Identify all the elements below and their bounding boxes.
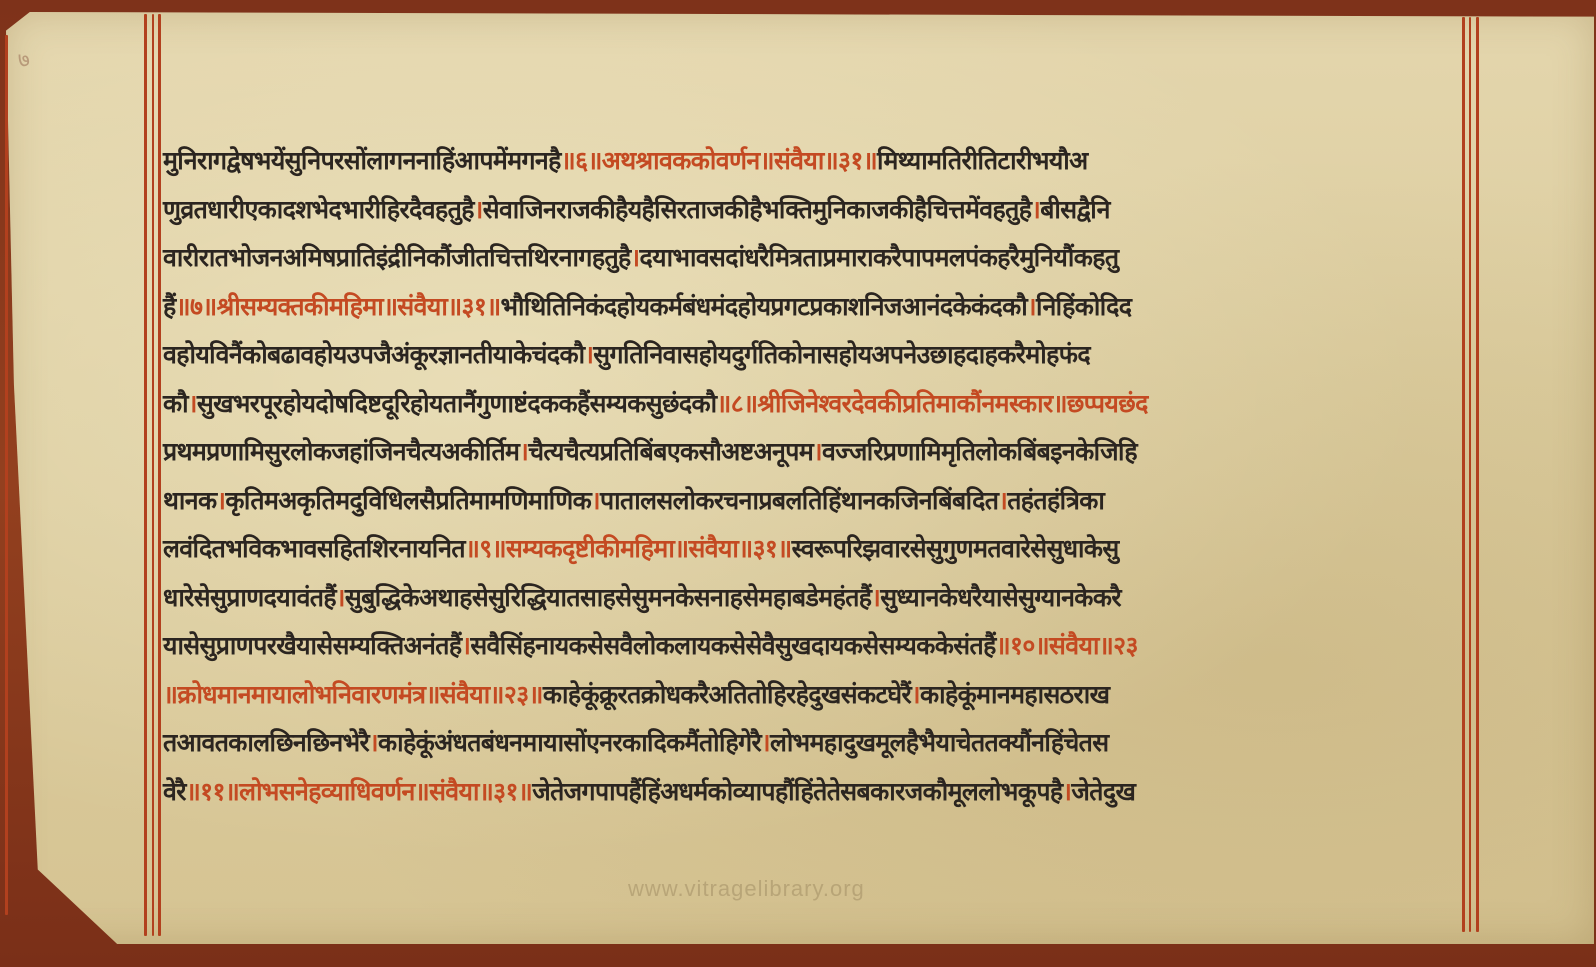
text-line: मुनिरागद्वेषभयेंसुनिपरसोंलागननाहिंआपमेंम…: [163, 137, 1463, 186]
body-text: मिथ्यामतिरीतिटारीभयौअ: [877, 146, 1088, 175]
rubric-text: ।: [591, 486, 600, 515]
text-line: वेरै॥११॥लोभसनेहव्याधिवर्णन॥संवैया॥३१॥जेत…: [163, 768, 1463, 817]
text-line: णुव्रतधारीएकादशभेदभारीहिरदैवहतुहै।सेवाजि…: [163, 186, 1463, 235]
body-text: भौथितिनिकंदहोयकर्मबंधमंदहोयप्रगटप्रकाशनि…: [501, 292, 1028, 321]
body-text: कृतिमअकृतिमदुविधिलसैप्रतिमामणिमाणिक: [225, 486, 591, 515]
text-line: लवंदितभविकभावसहितशिरनायनित॥९॥सम्यकदृष्टी…: [163, 525, 1463, 574]
rubric-text: ।: [998, 486, 1007, 515]
left-margin-rule-inner: [158, 14, 161, 936]
watermark: www.vitragelibrary.org: [628, 876, 865, 902]
body-text: णुव्रतधारीएकादशभेदभारीहिरदैवहतुहै: [163, 195, 474, 224]
text-line: प्रथमप्रणामिसुरलोकजहांजिनचैत्यअकीर्तिम।च…: [163, 428, 1463, 477]
body-text: सुखभरपूरहोयदोषदिष्टदूरिहोयतानैंगुणाष्टंद…: [197, 389, 717, 418]
right-margin-rule-middle: [1469, 17, 1471, 932]
left-edge-rule: [5, 35, 8, 915]
body-text: काहेकूंक्रूरतक्रोधकरैअतितोहिरहेदुखसंकटघे…: [543, 680, 911, 709]
rubric-text: ॥७॥श्रीसम्यक्तकीमहिमा॥संवैया॥३१॥: [176, 292, 501, 321]
body-text: सुबुद्धिकेअथाहसेसुरिद्धियातसाहसेसुमनकेसन…: [345, 583, 872, 612]
text-line: ॥क्रोधमानमायालोभनिवारणमंत्र॥संवैया॥२३॥का…: [163, 671, 1463, 720]
text-line: वहोयविनैंकोबढावहोयउपजैअंकूरज्ञानतीयाकेचं…: [163, 331, 1463, 380]
body-text: लोभमहादुखमूलहैभैयाचेततक्यौंनहिंचेतस: [770, 728, 1109, 757]
body-text: हैं: [163, 292, 176, 321]
body-text: पातालसलोकरचनाप्रबलतिहिंथानकजिनबिंबदित: [600, 486, 998, 515]
text-line: यासेसुप्राणपरखैयासेसम्यक्तिअनंतहैं।सवैसि…: [163, 622, 1463, 671]
body-text: जेतेदुख: [1071, 777, 1135, 806]
rubric-text: ।: [474, 195, 483, 224]
rubric-text: ।: [336, 583, 345, 612]
body-text: थानक: [163, 486, 217, 515]
body-text: सवैसिंहनायकसेसवैलोकलायकसेसेवैसुखदायकसेसम…: [470, 631, 995, 660]
body-text: कौ: [163, 389, 188, 418]
left-margin-rule-outer: [144, 14, 147, 936]
rubric-text: ।: [188, 389, 197, 418]
text-line: थानक।कृतिमअकृतिमदुविधिलसैप्रतिमामणिमाणिक…: [163, 477, 1463, 526]
rubric-text: ।: [1062, 777, 1071, 806]
body-text: बीसद्वैनि: [1040, 195, 1110, 224]
body-text: यासेसुप्राणपरखैयासेसम्यक्तिअनंतहैं: [163, 631, 461, 660]
rubric-text: ।: [1027, 292, 1036, 321]
rubric-text: ।: [813, 437, 822, 466]
rubric-text: ।: [584, 340, 593, 369]
body-text: काहेकूंमानमहासठराख: [920, 680, 1109, 709]
rubric-text: ॥८॥श्रीजिनेश्वरदेवकीप्रतिमाकौंनमस्कार॥छप…: [716, 389, 1147, 418]
body-text: मुनिरागद्वेषभयेंसुनिपरसोंलागननाहिंआपमेंम…: [163, 146, 561, 175]
body-text: वारीरातभोजनअमिषप्रातिइंद्रीनिकौंजीतचित्त…: [163, 243, 631, 272]
body-text: धारेसेसुप्राणदयावंतहैं: [163, 583, 336, 612]
rubric-text: ॥६॥अथश्रावककोवर्णन॥संवैया॥३१॥: [561, 146, 877, 175]
rubric-text: ॥९॥सम्यकदृष्टीकीमहिमा॥संवैया॥३१॥: [465, 534, 792, 563]
rubric-text: ।: [369, 728, 378, 757]
rubric-text: ।: [1031, 195, 1040, 224]
text-line: वारीरातभोजनअमिषप्रातिइंद्रीनिकौंजीतचित्त…: [163, 234, 1463, 283]
rubric-text: ।: [519, 437, 528, 466]
body-text: तआवतकालछिनछिनभेरै: [163, 728, 369, 757]
left-margin-rule-middle: [152, 14, 154, 936]
body-text: स्वरूपरिझवारसेसुगुणमतवारेसेसुधाकेसु: [792, 534, 1119, 563]
rubric-text: ।: [871, 583, 880, 612]
text-line: कौ।सुखभरपूरहोयदोषदिष्टदूरिहोयतानैंगुणाष्…: [163, 380, 1463, 429]
body-text: निहिंकोदिद: [1036, 292, 1131, 321]
body-text: तहंतहंत्रिका: [1007, 486, 1104, 515]
rubric-text: ।: [911, 680, 920, 709]
body-text: काहेकूंअंधतबंधनमायासोंएनरकादिकमैंतोहिगेर…: [378, 728, 761, 757]
body-text: चैत्यचैत्यप्रतिबिंबएकसौअष्टअनूपम: [528, 437, 813, 466]
text-line: धारेसेसुप्राणदयावंतहैं।सुबुद्धिकेअथाहसेस…: [163, 574, 1463, 623]
body-text: जेतेजगपापहैंहिंअधर्मकोव्यापहौंहिंतेतेसबक…: [532, 777, 1062, 806]
text-line: हैं॥७॥श्रीसम्यक्तकीमहिमा॥संवैया॥३१॥भौथित…: [163, 283, 1463, 332]
rubric-text: ।: [217, 486, 226, 515]
rubric-text: ।: [461, 631, 470, 660]
body-text: सेवाजिनराजकीहैयहैसिरताजकीहैभक्तिमुनिकाजक…: [483, 195, 1032, 224]
body-text: लवंदितभविकभावसहितशिरनायनित: [163, 534, 465, 563]
rubric-text: ॥१०॥संवैया॥२३: [996, 631, 1138, 660]
body-text: सुगतिनिवासहोयदुर्गतिकोनासहोयअपनेउछाहदाहक…: [593, 340, 1090, 369]
body-text: वज्जरिप्रणामिमृतिलोकबिंबइनकेजिहि: [822, 437, 1137, 466]
body-text: सुध्यानकेधरैयासेसुग्यानकेकरै: [880, 583, 1121, 612]
manuscript-text: मुनिरागद्वेषभयेंसुनिपरसोंलागननाहिंआपमेंम…: [163, 137, 1468, 816]
body-text: दयाभावसदांधरैमित्रताप्रमाराकरैपापमलपंकहर…: [640, 243, 1119, 272]
body-text: प्रथमप्रणामिसुरलोकजहांजिनचैत्यअकीर्तिम: [163, 437, 519, 466]
body-text: वेरै: [163, 777, 186, 806]
rubric-text: ॥क्रोधमानमायालोभनिवारणमंत्र॥संवैया॥२३॥: [163, 680, 543, 709]
rubric-text: ॥११॥लोभसनेहव्याधिवर्णन॥संवैया॥३१॥: [186, 777, 532, 806]
body-text: वहोयविनैंकोबढावहोयउपजैअंकूरज्ञानतीयाकेचं…: [163, 340, 584, 369]
right-margin-rule-inner: [1476, 17, 1479, 932]
text-line: तआवतकालछिनछिनभेरै।काहेकूंअंधतबंधनमायासों…: [163, 719, 1463, 768]
